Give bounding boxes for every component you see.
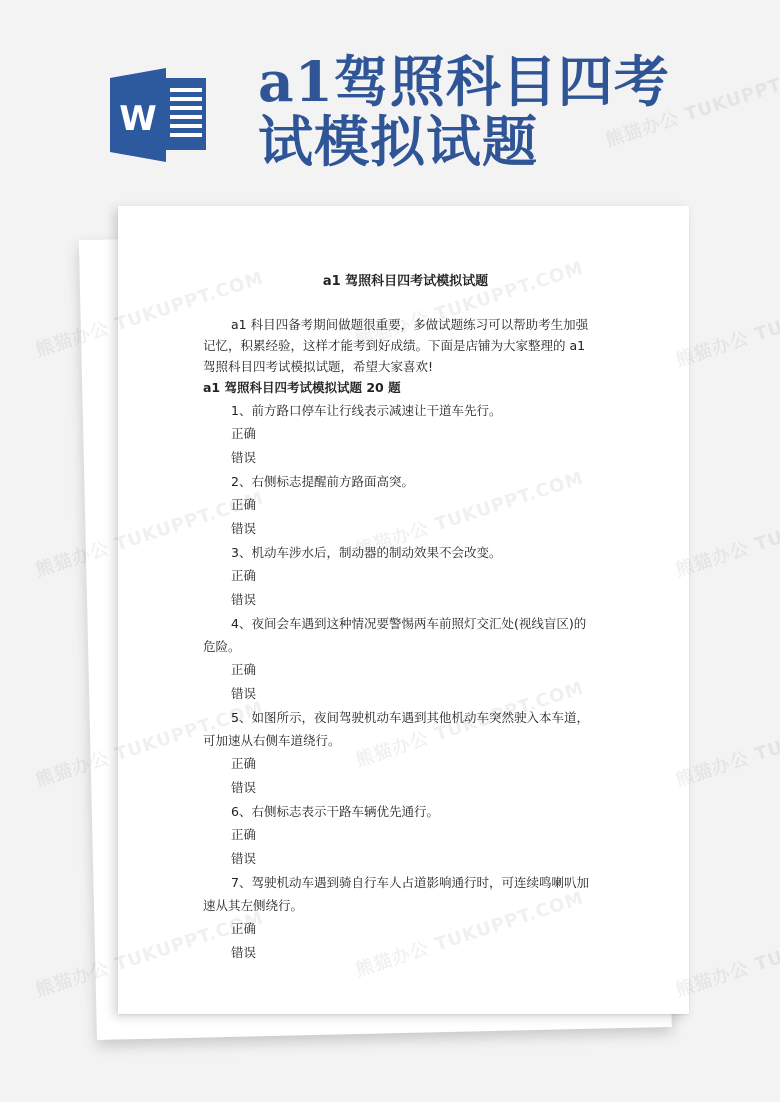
hero-title: a1驾照科目四考 试模拟试题: [258, 52, 678, 172]
option-correct: 正确: [203, 823, 608, 847]
question-5: 5、如图所示，夜间驾驶机动车遇到其他机动车突然驶入本车道，: [203, 706, 608, 729]
option-wrong: 错误: [203, 517, 608, 541]
option-wrong: 错误: [203, 847, 608, 871]
option-correct: 正确: [203, 752, 608, 776]
question-3: 3、机动车涉水后，制动器的制动效果不会改变。: [203, 541, 608, 564]
intro-paragraph-line3: 驾照科目四考试模拟试题，希望大家喜欢!: [203, 356, 608, 377]
option-correct: 正确: [203, 917, 608, 941]
question-5-continued: 可加速从右侧车道绕行。: [203, 729, 608, 752]
question-7-continued: 速从其左侧绕行。: [203, 894, 608, 917]
hero-title-line2: 试模拟试题: [258, 112, 678, 172]
question-6: 6、右侧标志表示干路车辆优先通行。: [203, 800, 608, 823]
option-correct: 正确: [203, 493, 608, 517]
document-title: a1 驾照科目四考试模拟试题: [203, 272, 608, 292]
document-page: a1 驾照科目四考试模拟试题 a1 科目四备考期间做题很重要，多做试题练习可以帮…: [118, 206, 689, 1014]
option-correct: 正确: [203, 564, 608, 588]
question-4-continued: 危险。: [203, 635, 608, 658]
intro-paragraph-line1: a1 科目四备考期间做题很重要，多做试题练习可以帮助考生加强: [203, 314, 608, 335]
option-wrong: 错误: [203, 588, 608, 612]
intro-paragraph-line2: 记忆，积累经验，这样才能考到好成绩。下面是店铺为大家整理的 a1: [203, 335, 608, 356]
question-1: 1、前方路口停车让行线表示减速让干道车先行。: [203, 399, 608, 422]
option-wrong: 错误: [203, 776, 608, 800]
svg-text:W: W: [119, 99, 157, 139]
option-wrong: 错误: [203, 446, 608, 470]
option-correct: 正确: [203, 422, 608, 446]
question-4: 4、夜间会车遇到这种情况要警惕两车前照灯交汇处(视线盲区)的: [203, 612, 608, 635]
option-wrong: 错误: [203, 941, 608, 965]
option-wrong: 错误: [203, 682, 608, 706]
document-body: a1 驾照科目四考试模拟试题 a1 科目四备考期间做题很重要，多做试题练习可以帮…: [203, 272, 608, 965]
question-7: 7、驾驶机动车遇到骑自行车人占道影响通行时，可连续鸣喇叭加: [203, 871, 608, 894]
hero-title-line1: a1驾照科目四考: [258, 52, 678, 112]
word-document-icon: W: [108, 68, 208, 162]
question-2: 2、右侧标志提醒前方路面高突。: [203, 470, 608, 493]
section-subtitle: a1 驾照科目四考试模拟试题 20 题: [203, 377, 608, 399]
option-correct: 正确: [203, 658, 608, 682]
